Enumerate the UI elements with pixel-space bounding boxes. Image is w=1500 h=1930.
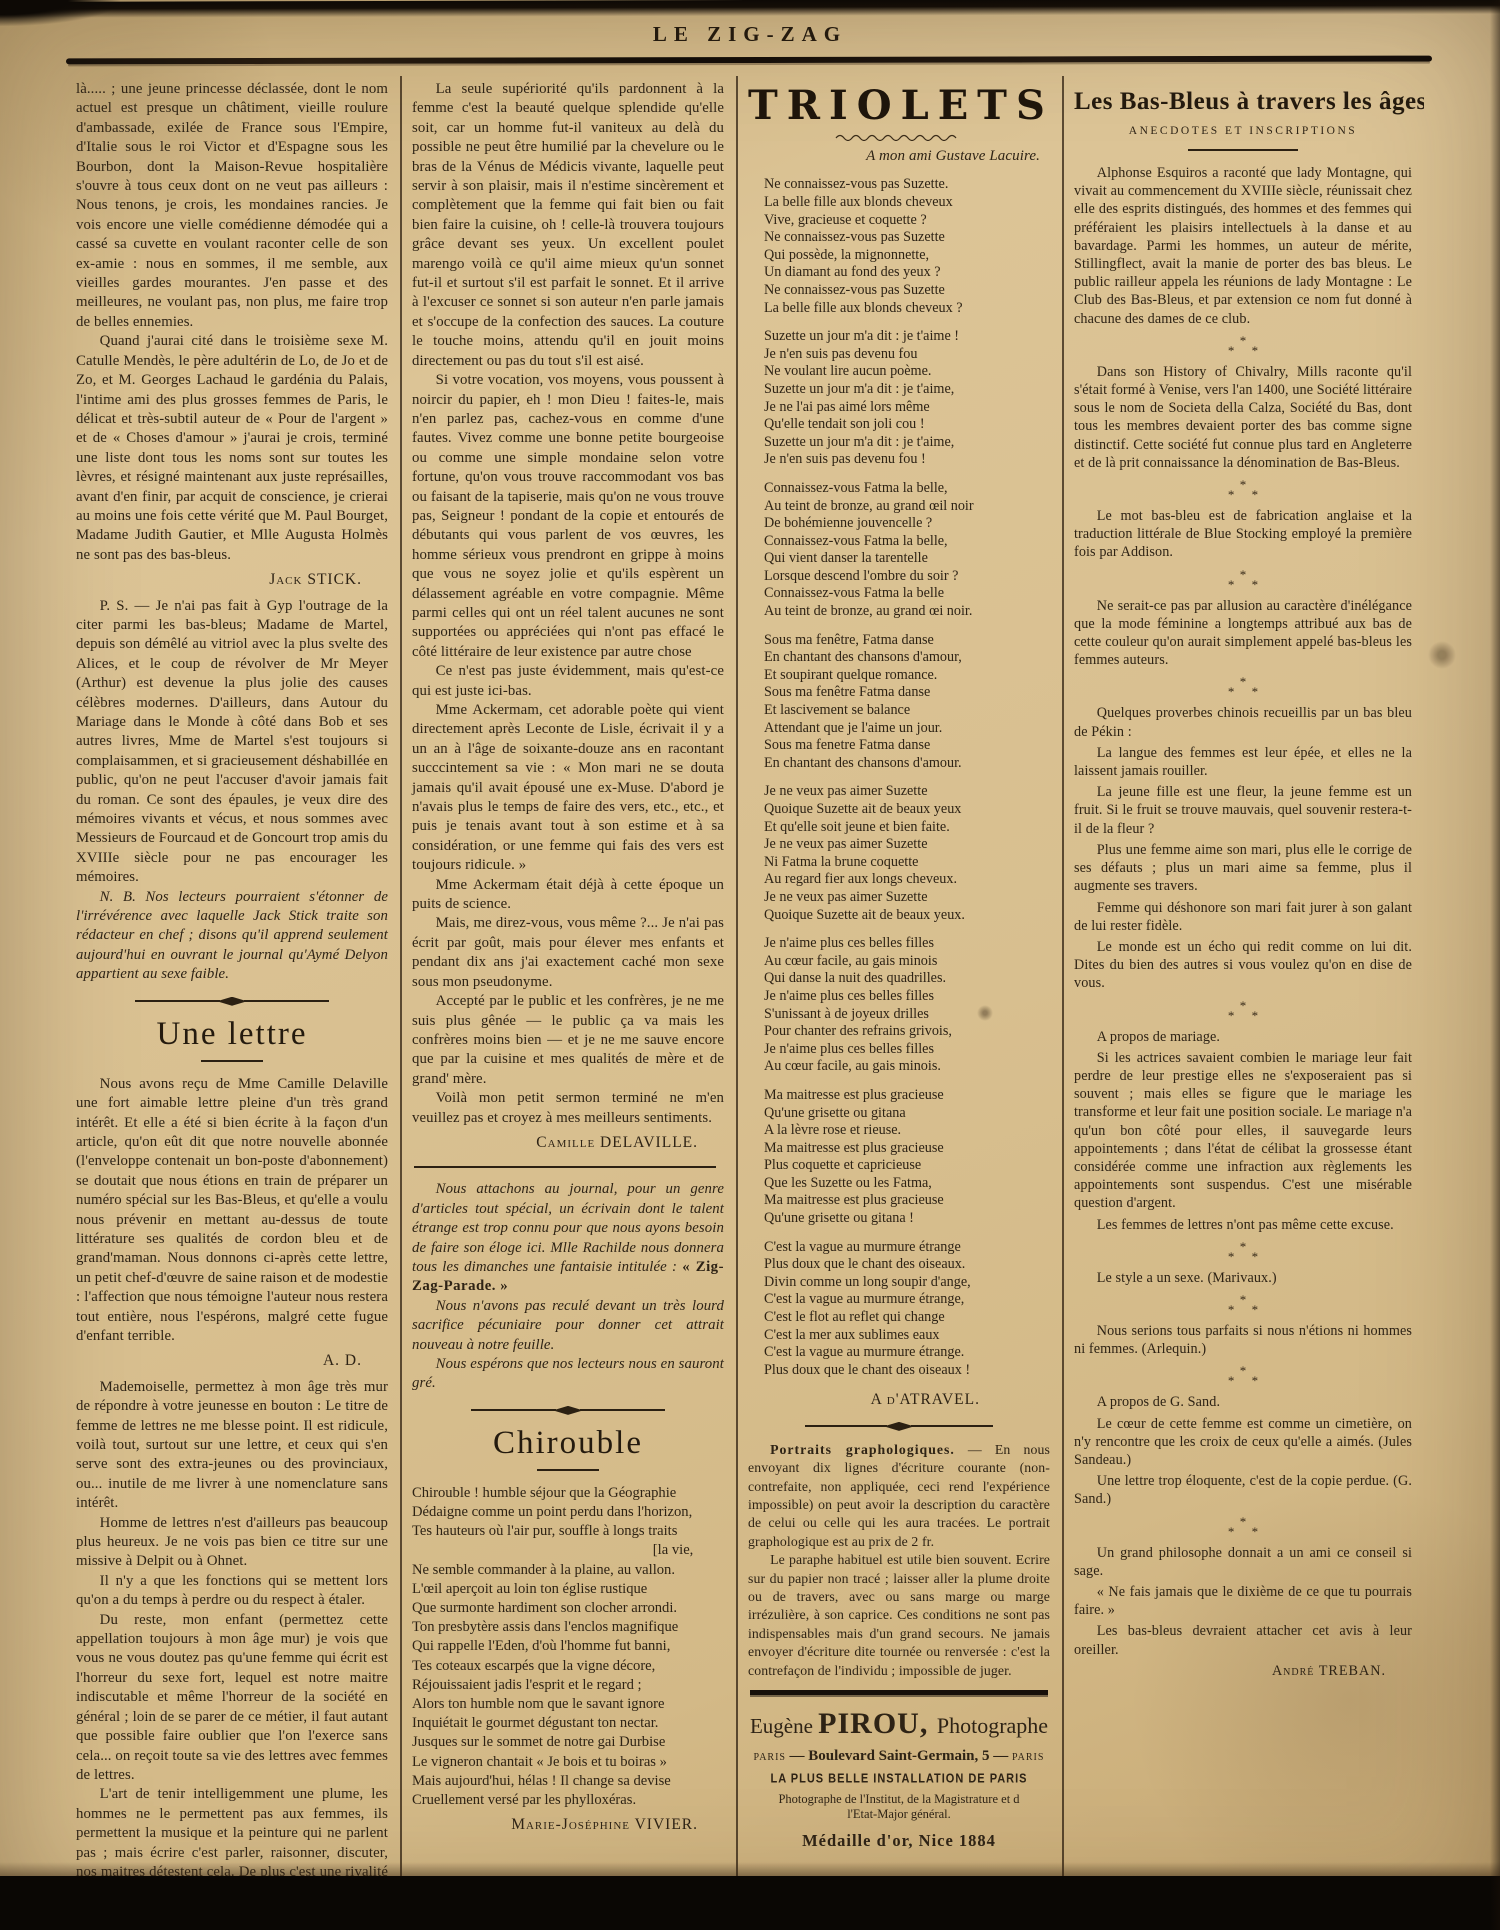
triolet-stanza: Ma maitresse est plus gracieuse Qu'une g… [764,1087,1050,1228]
title-underline [1188,149,1298,151]
quote-sand: Une lettre trop éloquente, c'est de la c… [1074,1472,1412,1508]
asterism-divider-icon: * * * [1074,481,1412,500]
proverb: Le monde est un écho qui redit comme on … [1074,938,1412,993]
advert-name: Eugène PIROU, Photographe [748,1707,1050,1741]
proverb: Femme qui déshonore son mari fait jurer … [1074,899,1412,935]
photo-bottom-edge [0,1876,1500,1930]
advert-slogan: LA PLUS BELLE INSTALLATION DE PARIS [748,1772,1050,1786]
signature-atravel: A d'ATRAVEL. [748,1390,980,1409]
section-title-une-lettre: Une lettre [76,1016,388,1053]
paragraph: Alphonse Esquiros a raconté que lady Mon… [1074,164,1412,328]
paragraph: Homme de lettres n'est d'ailleurs pas be… [76,1514,388,1572]
advert-credentials: Photographe de l'Institut, de la Magistr… [772,1792,1026,1822]
divider-fleuron-icon [135,997,328,1006]
subheading-g-sand: A propos de G. Sand. [1074,1393,1412,1411]
triolet-stanza: Ne connaissez-vous pas Suzette. La belle… [764,176,1050,317]
divider-fleuron-icon [471,1406,664,1415]
signature-jack-stick: Jack STICK. [76,570,362,589]
paragraph-nb: N. B. Nos lecteurs pourraient s'étonner … [76,888,388,985]
advert-name-main: PIROU, [818,1707,937,1740]
paragraph: Le mot bas-bleu est de fabrication angla… [1074,507,1412,562]
subheading-mariage: A propos de mariage. [1074,1028,1412,1046]
advert-name-title: Photographe [937,1713,1048,1738]
paragraph: Mme Ackermam était déjà à cette époque u… [412,876,724,915]
column-4: Les Bas-Bleus à travers les âges ANECDOT… [1062,76,1424,1878]
triolet-stanza: C'est la vague au murmure étrange Plus d… [764,1239,1050,1380]
paragraph: Mme Ackermam, cet adorable poète qui vie… [412,701,724,876]
paragraph: Si votre vocation, vos moyens, vous pous… [412,371,724,662]
paragraph: Quelques proverbes chinois recueillis pa… [1074,704,1412,740]
quote-sandeau: Le cœur de cette femme est comme un cime… [1074,1415,1412,1470]
divider-fleuron-icon [805,1422,992,1431]
asterism-divider-icon: * * * [1074,1296,1412,1315]
editorial-note: Nous attachons au journal, pour un genre… [412,1180,724,1296]
triolet-stanza: Je ne veux pas aimer Suzette Quoique Suz… [764,783,1050,924]
column-1: là..... ; une jeune princesse déclassée,… [66,76,400,1878]
quote-arlequin: Nous serions tous parfaits si nous n'éti… [1074,1322,1412,1358]
advert-medal: Médaille d'or, Nice 1884 [748,1831,1050,1851]
paragraph: Ne serait-ce pas par allusion au caractè… [1074,597,1412,670]
paragraph: Nous avons reçu de Mme Camille Delaville… [76,1075,388,1347]
advert-pirou: Eugène PIROU, Photographe PARIS — Boulev… [748,1690,1050,1851]
triolet-stanza: Connaissez-vous Fatma la belle, Au teint… [764,480,1050,621]
paragraph: Les femmes de lettres n'ont pas même cet… [1074,1216,1412,1234]
paragraph: Mais, me direz-vous, vous même ?... Je n… [412,914,724,992]
editorial-note: Nous n'avons pas reculé devant un très l… [412,1297,724,1355]
proverb: La langue des femmes est leur épée, et e… [1074,744,1412,780]
editorial-note: Nous espérons que nos lecteurs nous en s… [412,1355,724,1394]
asterism-divider-icon: * * * [1074,678,1412,697]
proverb: La jeune fille est une fleur, la jeune f… [1074,783,1412,838]
proverb: Plus une femme aime son mari, plus elle … [1074,841,1412,896]
masthead-title: LE ZIG-ZAG [653,22,847,46]
paragraph: Les bas-bleus devraient attacher cet avi… [1074,1622,1412,1658]
triolet-stanza: Sous ma fenêtre, Fatma danse En chantant… [764,632,1050,773]
paragraph-graphology: Portraits graphologiques. — En nous envo… [748,1441,1050,1551]
signature-camille-delaville: Camille DELAVILLE. [412,1133,698,1152]
paragraph: Voilà mon petit sermon terminé ne m'en v… [412,1089,724,1128]
paragraph-graphology: Le paraphe habituel est utile bien souve… [748,1551,1050,1680]
paragraph: Quand j'aurai cité dans le troisième sex… [76,332,388,565]
advert-top-rule [750,1690,1048,1695]
paragraph: Ce n'est pas juste évidemment, mais qu'e… [412,662,724,701]
columns: là..... ; une jeune princesse déclassée,… [66,76,1424,1874]
section-title-triolets: TRIOLETS [748,82,1050,129]
paragraph: Du reste, mon enfant (permettez cette ap… [76,1611,388,1786]
paragraph: Accepté par le public et les confrères, … [412,992,724,1089]
quote-philosopher: « Ne fais jamais que le dixième de ce qu… [1074,1583,1412,1619]
asterism-divider-icon: * * * [1074,337,1412,356]
title-underline [201,1060,263,1062]
paragraph: Un grand philosophe donnait a un ami ce … [1074,1544,1412,1580]
squiggle-rule-icon [834,133,964,141]
asterism-divider-icon: * * * [1074,1002,1412,1021]
paragraph-ps: P. S. — Je n'ai pas fait à Gyp l'outrage… [76,597,388,888]
section-title-chirouble: Chirouble [412,1425,724,1462]
signature-andre-treban: André TREBAN. [1074,1662,1386,1680]
poem-chirouble: Chirouble ! humble séjour que la Géograp… [412,1484,724,1810]
paragraph: Mademoiselle, permettez à mon âge très m… [76,1378,388,1514]
dedication: A mon ami Gustave Lacuire. [748,147,1040,166]
column-2: La seule supériorité qu'ils pardonnent à… [400,76,736,1878]
paragraph: Si les actrices savaient combien le mari… [1074,1049,1412,1213]
signature-a-d: A. D. [76,1351,362,1370]
newspaper-page: LE ZIG-ZAG là..... ; une jeune princesse… [0,0,1500,1930]
advert-address: PARIS — Boulevard Saint-Germain, 5 — PAR… [748,1748,1050,1765]
section-title-bas-bleus: Les Bas-Bleus à travers les âges [1074,88,1412,116]
masthead: LE ZIG-ZAG [0,0,1500,47]
paragraph: Il n'y a que les fonctions qui se metten… [76,1572,388,1611]
title-underline [537,1469,599,1471]
signature-vivier: Marie-Joséphine VIVIER. [412,1815,698,1834]
paragraph: La seule supériorité qu'ils pardonnent à… [412,80,724,371]
asterism-divider-icon: * * * [1074,1243,1412,1262]
triolet-stanza: Je n'aime plus ces belles filles Au cœur… [764,935,1050,1076]
asterism-divider-icon: * * * [1074,1367,1412,1386]
column-3: TRIOLETS A mon ami Gustave Lacuire. Ne c… [736,76,1062,1878]
section-subtitle: ANECDOTES ET INSCRIPTIONS [1074,125,1412,137]
photo-right-edge [1490,0,1500,1930]
advert-name-first: Eugène [750,1714,818,1738]
graphology-lead: Portraits graphologiques. [770,1442,955,1457]
quote-marivaux: Le style a un sexe. (Marivaux.) [1074,1269,1412,1287]
paragraph: là..... ; une jeune princesse déclassée,… [76,80,388,332]
asterism-divider-icon: * * * [1074,571,1412,590]
triolet-stanza: Suzette un jour m'a dit : je t'aime ! Je… [764,328,1050,469]
horizontal-rule [414,1166,716,1168]
paragraph: Dans son History of Chivalry, Mills raco… [1074,363,1412,472]
asterism-divider-icon: * * * [1074,1518,1412,1537]
